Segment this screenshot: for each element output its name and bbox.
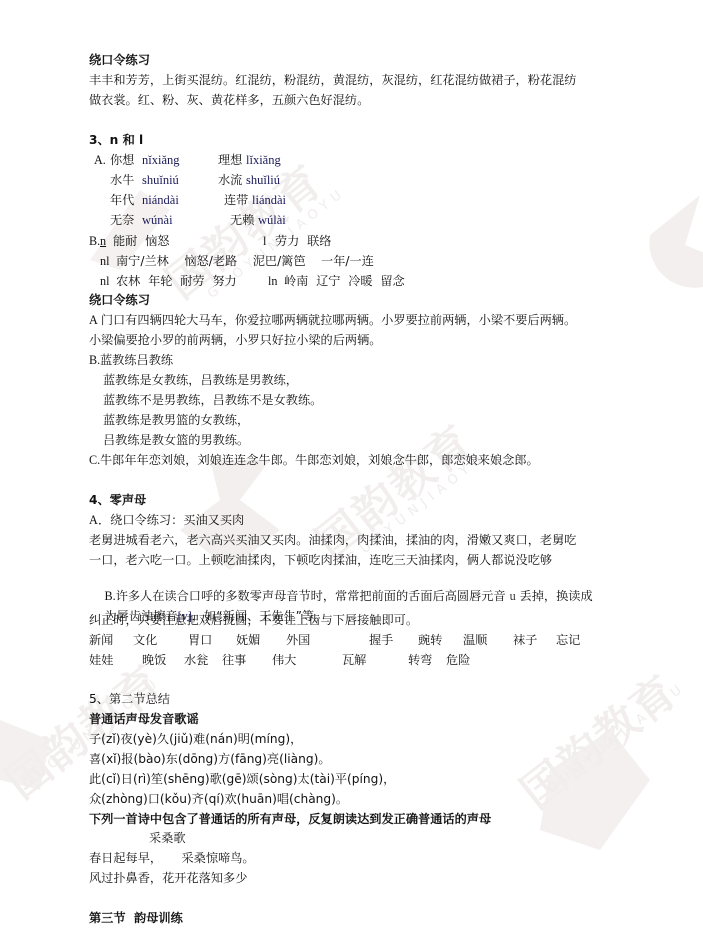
word: 外国 (286, 632, 310, 648)
section-heading: 绕口令练习 (89, 52, 150, 68)
paragraph-line: 门口有四辆四轮大马车，你爱拉哪两辆就拉哪两辆。小罗要拉前两辆，小梁不要后两辆。 (97, 312, 576, 328)
n-marker: n (100, 233, 106, 249)
pinyin: nǐxiǎng (142, 152, 180, 168)
word-group: 农林 年轮 耐劳 努力 (116, 273, 237, 289)
word: 年代 (110, 192, 134, 208)
instruction: 下列一首诗中包含了普通话的所有声母，反复朗读达到发正确普通话的声母 (89, 811, 491, 827)
word: 温顺 (463, 632, 487, 648)
part-label: B. (89, 233, 100, 249)
paragraph-line: 丰丰和芳芳，上街买混纺。红混纺，粉混纺，黄混纺，灰混纺，红花混纺做裙子，粉花混纺 (89, 72, 577, 88)
song-line: 众(zhòng)口(kǒu)齐(qí)欢(huān)唱(chàng)。 (89, 791, 348, 807)
word-group: 岭南 辽宁 冷暖 留念 (284, 273, 405, 289)
part-label: A (89, 512, 98, 528)
word: 娃娃 (89, 652, 113, 668)
subheading: 蓝教练吕教练 (100, 352, 173, 368)
l-marker: l (263, 233, 266, 249)
word: 新闻 (89, 632, 113, 648)
watermark-sub: GUOYUNJIAOYU (545, 679, 689, 796)
paragraph-line: 小梁偏要抢小罗的前两辆，小罗只好拉小梁的后两辆。 (89, 332, 382, 348)
watermark-logo-icon (80, 150, 170, 270)
section-heading: 5、第二节总结 (89, 691, 170, 707)
section-heading: 3、n 和 l (89, 132, 143, 148)
paragraph-line: 老舅进城看老六，老六高兴买油又买肉。油揉肉，肉揉油，揉油的肉，滑嫩又爽口，老舅吃 (89, 532, 577, 548)
word: 理想 (218, 152, 242, 168)
pinyin: shuǐniú (142, 172, 179, 188)
word: 你想 (110, 152, 134, 168)
song-line: 此(cǐ)日(rì)笙(shēng)歌(gē)颂(sòng)太(tài)平(pí… (89, 771, 395, 787)
ln-marker: ln (268, 273, 277, 289)
word: 瓦解 (342, 652, 366, 668)
word: 水流 (218, 172, 242, 188)
word: 袜子 (513, 632, 537, 648)
document-page: 国韵教育 GUOYUNJIAOYU 国韵教育 GUOYUNJIAOYU 国韵教育… (0, 0, 703, 940)
word: 胃口 (188, 632, 212, 648)
poem-line: 风过扑鼻香，花开花落知多少 (89, 870, 247, 886)
paragraph-line: 一口，老六吃一口。上顿吃油揉肉，下顿吃肉揉油，连吃三天油揉肉，俩人都说没吃够 (89, 552, 552, 568)
watermark-brand: 国韵教育 (505, 657, 689, 821)
word: 危险 (446, 652, 470, 668)
section-heading: 绕口令练习 (89, 292, 150, 308)
pinyin: lǐxiǎng (246, 152, 281, 168)
paragraph-line: 蓝教练不是男教练，吕教练不是女教练。 (103, 392, 322, 408)
pinyin: wúlài (258, 212, 286, 228)
word: 无奈 (110, 212, 134, 228)
watermark-logo-icon (0, 700, 60, 800)
watermark-logo-icon (520, 720, 660, 860)
word: 晚饭 (142, 652, 166, 668)
paragraph-line: 蓝教练是女教练，吕教练是男教练， (103, 372, 298, 388)
word: 转弯 (408, 652, 432, 668)
song-line: 喜(xǐ)报(bào)东(dōng)方(fāng)亮(liàng)。 (89, 751, 331, 767)
word: 握手 (369, 632, 393, 648)
pinyin: niándài (142, 192, 179, 208)
pinyin: wúnài (142, 212, 173, 228)
nl-marker: nl (100, 273, 109, 289)
word-group: 南宁/兰林 恼怒/老路 泥巴/篱笆 一年/一连 (116, 253, 374, 269)
word: 连带 (224, 192, 248, 208)
text-span: 丢掉，换读成 (516, 589, 593, 603)
part-label: C. (89, 452, 100, 468)
word: 豌转 (418, 632, 442, 648)
word-group: 劳力 联络 (275, 233, 332, 249)
paragraph-line: 蓝教练是教男篮的女教练， (103, 412, 249, 428)
word: 水瓮 (184, 652, 208, 668)
word: 无赖 (230, 212, 254, 228)
song-title: 普通话声母发音歌谣 (89, 711, 199, 727)
word: 忘记 (556, 632, 580, 648)
pinyin: shuǐliú (246, 172, 280, 188)
pinyin: liándài (252, 192, 286, 208)
poem-title: 采桑歌 (149, 830, 186, 846)
section-heading: 4、零声母 (89, 492, 146, 508)
poem-line: 春日起每早， 采桑惊啼鸟。 (89, 850, 255, 866)
section-heading: 第三节 韵母训练 (89, 910, 183, 926)
nl-marker: nl (100, 253, 109, 269)
paragraph-line: 牛郎年年恋刘娘，刘娘连连念牛郎。牛郎恋刘娘，刘娘念牛郎，郎恋娘来娘念郎。 (100, 452, 539, 468)
part-label: B. (89, 352, 100, 368)
word: 水牛 (110, 172, 134, 188)
subheading: ．绕口令练习：买油又买肉 (98, 512, 244, 528)
watermark-logo-icon (630, 185, 703, 295)
paragraph-line: 做衣裳。红、粉、灰、黄花样多，五颜六色好混纺。 (89, 92, 369, 108)
word: 妩媚 (236, 632, 260, 648)
word-group: 能耐 恼怒 (113, 233, 170, 249)
word: 往事 (222, 652, 246, 668)
word: 文化 (133, 632, 157, 648)
word: 伟大 (272, 652, 296, 668)
paragraph-line: 纠正时，只要注意把双唇拢圆，不要让上齿与下唇接触即可。 (89, 612, 418, 628)
part-label: A. (94, 152, 106, 168)
paragraph-line: 吕教练是教女篮的男教练。 (103, 432, 249, 448)
song-line: 子(zǐ)夜(yè)久(jiǔ)难(nán)明(míng)， (89, 731, 302, 747)
